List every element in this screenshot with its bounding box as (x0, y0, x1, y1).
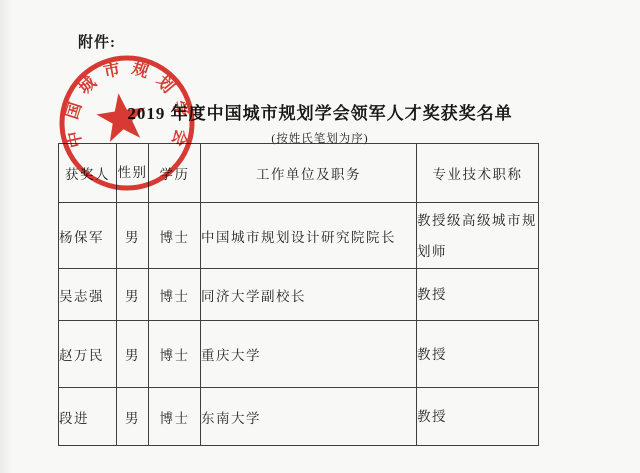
cell-degree: 博士 (149, 388, 201, 446)
cell-title: 教授级高级城市规划师 (417, 203, 539, 269)
cell-title: 教授 (417, 388, 539, 446)
table-row: 杨保军 男 博士 中国城市规划设计研究院院长 教授级高级城市规划师 (59, 203, 539, 269)
cell-gender: 男 (117, 269, 149, 321)
cell-winner-name: 吴志强 (59, 269, 117, 321)
header-winner: 获奖人 (59, 144, 117, 203)
cell-position: 同济大学副校长 (201, 269, 417, 321)
cell-gender: 男 (117, 203, 149, 269)
header-degree: 学历 (149, 144, 201, 203)
cell-title: 教授 (417, 269, 539, 321)
cell-degree: 博士 (149, 321, 201, 388)
table-row: 赵万民 男 博士 重庆大学 教授 (59, 321, 539, 388)
table-row: 段进 男 博士 东南大学 教授 (59, 388, 539, 446)
cell-position: 东南大学 (201, 388, 417, 446)
award-winners-table: 获奖人 性别 学历 工作单位及职务 专业技术职称 杨保军 男 博士 中国城市规划… (58, 143, 539, 446)
cell-degree: 博士 (149, 203, 201, 269)
table-row: 吴志强 男 博士 同济大学副校长 教授 (59, 269, 539, 321)
cell-winner-name: 杨保军 (59, 203, 117, 269)
attachment-label: 附件: (78, 31, 116, 52)
cell-winner-name: 赵万民 (59, 321, 117, 388)
cell-gender: 男 (117, 321, 149, 388)
table-header-row: 获奖人 性别 学历 工作单位及职务 专业技术职称 (59, 144, 539, 203)
cell-gender: 男 (117, 388, 149, 446)
cell-position: 重庆大学 (201, 321, 417, 388)
scanned-document-page: 附件: 2019 年度中国城市规划学会领军人才奖获奖名单 (按姓氏笔划为序) 获… (0, 0, 640, 473)
document-title: 2019 年度中国城市规划学会领军人才奖获奖名单 (0, 99, 640, 124)
cell-degree: 博士 (149, 269, 201, 321)
header-title: 专业技术职称 (417, 144, 539, 203)
cell-position: 中国城市规划设计研究院院长 (201, 203, 417, 269)
header-position: 工作单位及职务 (201, 144, 417, 203)
cell-winner-name: 段进 (59, 388, 117, 446)
header-gender: 性别 (117, 144, 149, 203)
cell-title: 教授 (417, 321, 539, 388)
